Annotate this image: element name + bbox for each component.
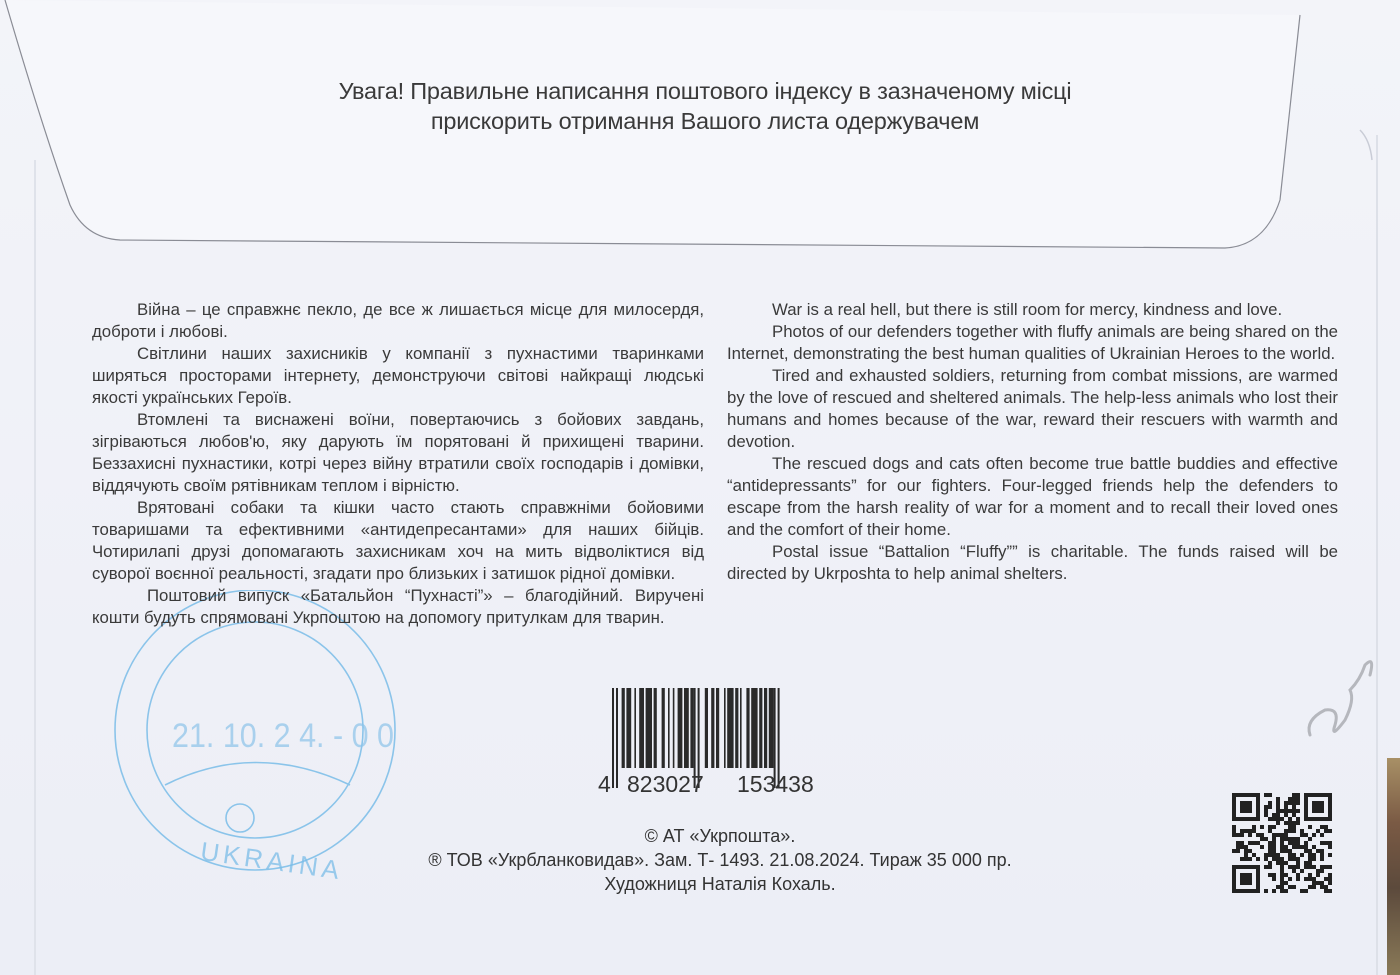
paragraph-ua-4: Врятовані собаки та кішки часто стають с… [92,497,704,585]
paragraph-en-3: Tired and exhausted soldiers, returning … [727,365,1338,453]
barcode-first-digit: 4 [598,771,611,798]
imprint-artist: Художниця Наталія Кохаль. [300,872,1140,896]
imprint-copyright: © АТ «Укрпошта». [300,824,1140,848]
description-ukrainian: Війна – це справжнє пекло, де все ж лиша… [92,299,704,629]
publisher-imprint: © АТ «Укрпошта». ® ТОВ «Укрбланковидав».… [300,824,1140,896]
handwritten-signature [1300,650,1380,750]
notice-line-1: Увага! Правильне написання поштового інд… [200,76,1210,106]
envelope-left-fold [34,160,36,975]
barcode-group-1: 823027 [627,771,704,798]
paragraph-en-5: Postal issue “Battalion “Fluffy”” is cha… [727,541,1338,585]
envelope-right-fold [1376,135,1378,975]
imprint-printer: ® ТОВ «Укрбланковидав». Зам. Т- 1493. 21… [300,848,1140,872]
paragraph-ua-1: Війна – це справжнє пекло, де все ж лиша… [92,299,704,343]
paragraph-ua-3: Втомлені та виснажені воїни, повертаючис… [92,409,704,497]
paragraph-en-1: War is a real hell, but there is still r… [727,299,1338,321]
photo-edge [1387,758,1400,975]
paragraph-ua-2: Світлини наших захисників у компанії з п… [92,343,704,409]
postmark-date: 21. 10. 2 4. - 0 0 [172,717,394,755]
qr-code [1228,791,1336,895]
paragraph-en-2: Photos of our defenders together with fl… [727,321,1338,365]
postal-code-notice: Увага! Правильне написання поштового інд… [200,76,1210,136]
notice-line-2: прискорить отримання Вашого листа одержу… [200,106,1210,136]
paragraph-en-4: The rescued dogs and cats often become t… [727,453,1338,541]
description-english: War is a real hell, but there is still r… [727,299,1338,585]
barcode-group-2: 153438 [737,771,814,798]
paragraph-ua-5: Поштовий випуск «Батальйон “Пухнасті”» –… [92,585,704,629]
envelope-back: Увага! Правильне написання поштового інд… [0,0,1400,975]
